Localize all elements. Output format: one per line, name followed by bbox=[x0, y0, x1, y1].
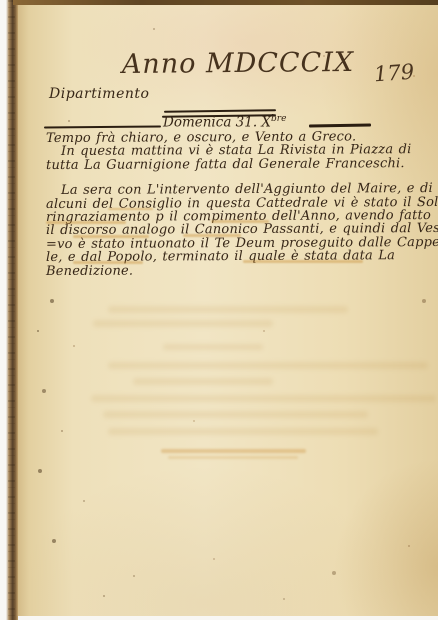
ink-stain bbox=[183, 234, 241, 237]
date-text: Domenica 31. X bbox=[163, 115, 271, 131]
manuscript-photo: { "page": { "year_heading": "Anno MDCCCI… bbox=[0, 0, 438, 620]
bleed-through-line bbox=[91, 395, 436, 402]
bleed-through-line bbox=[108, 306, 348, 313]
page-number: 179 bbox=[373, 60, 415, 87]
bleed-through-rule bbox=[168, 456, 298, 459]
year-heading: Anno MDCCCIX bbox=[118, 47, 358, 80]
bleed-through-line bbox=[93, 320, 273, 327]
bleed-through-line bbox=[108, 428, 378, 435]
page-top-edge bbox=[13, 0, 438, 5]
bleed-through-rule bbox=[161, 449, 306, 453]
ink-stain bbox=[211, 220, 269, 223]
heading-rule-right bbox=[309, 123, 371, 127]
margin-label-dipartimento: Dipartimento bbox=[49, 86, 149, 102]
ink-stain bbox=[73, 235, 149, 238]
double-rule-top bbox=[164, 109, 276, 113]
bleed-through-line bbox=[163, 344, 263, 350]
ink-stain bbox=[73, 261, 143, 264]
date-superscript: bre bbox=[271, 114, 286, 124]
manuscript-page: Anno MDCCCIX 179 Dipartimento Domenica 3… bbox=[13, 0, 438, 616]
entry-line: Benedizione. bbox=[46, 263, 438, 278]
date-heading: Domenica 31. Xbre bbox=[163, 114, 286, 131]
entry-line: tutta La Guarnigione fatta dal Generale … bbox=[46, 157, 438, 172]
entry-body: Tempo frà chiaro, e oscuro, e Vento a Gr… bbox=[46, 131, 438, 277]
heading-rule-left bbox=[44, 125, 161, 128]
ink-stain bbox=[108, 208, 153, 210]
bleed-through-line bbox=[108, 362, 428, 369]
bleed-through-line bbox=[133, 378, 273, 385]
bleed-through-line bbox=[103, 411, 368, 418]
ink-stain bbox=[243, 260, 363, 263]
binding-texture bbox=[8, 0, 15, 620]
ink-stain bbox=[46, 221, 126, 224]
